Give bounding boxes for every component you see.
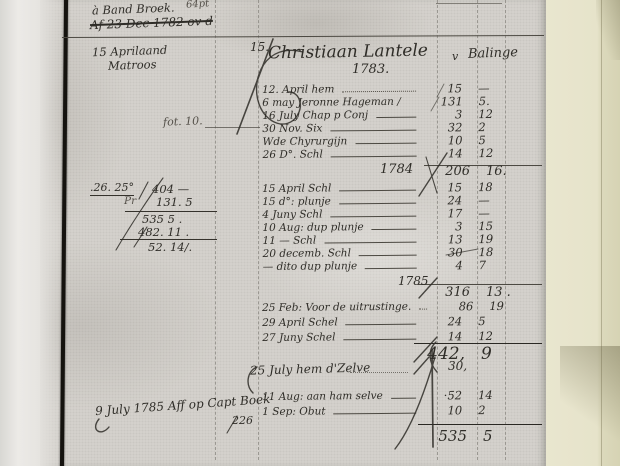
- fol-note-dash: [205, 127, 260, 128]
- stuivers-value: 19: [489, 300, 513, 312]
- leader-line: [355, 143, 416, 145]
- leader-line: [342, 91, 416, 93]
- stuivers-value: 5.: [479, 95, 503, 107]
- entry-label: 16 July Chap p Conj: [262, 109, 368, 122]
- entry-label: 26 D°. Schl: [263, 148, 323, 161]
- section-late-1785: 11 Aug: aan ham selve ·52 14 1 Sep: Obut…: [262, 386, 540, 418]
- final-total: 535 5: [422, 427, 493, 445]
- stuivers-value: 7: [479, 259, 503, 271]
- guilders-value: 30: [423, 246, 469, 258]
- mid-total-sub-amount: 30,: [448, 359, 467, 373]
- stuivers-value: 19: [478, 233, 502, 245]
- stuivers-value: 2: [478, 121, 502, 133]
- stuivers-value: —: [478, 82, 502, 94]
- final-total-rule: [418, 424, 542, 425]
- leader-line: [346, 324, 417, 326]
- leader-line: [365, 268, 417, 269]
- calc-value-3: 535 5 .: [142, 212, 182, 226]
- stuivers-value: 9: [481, 344, 492, 364]
- guilders-value: 15: [422, 181, 468, 193]
- entry-label: 10 Aug: dup plunje: [262, 221, 363, 234]
- entry-label: 4 Juny Schl: [262, 208, 322, 221]
- muster-rank: Matroos: [108, 57, 157, 73]
- calc-value-1: 404 —: [152, 182, 189, 196]
- leader-line: [324, 242, 416, 244]
- year-1785: 1785: [398, 274, 429, 288]
- leader-line: [331, 156, 417, 158]
- entry-ship-name: Balinge: [468, 45, 519, 62]
- leader-line: [343, 339, 416, 341]
- stuivers-value: 16.: [486, 164, 507, 179]
- stuivers-value: 5: [478, 134, 502, 146]
- stuivers-value: 14: [478, 389, 502, 401]
- guilders-value: 4: [423, 259, 469, 271]
- top-cell-rule: [436, 3, 502, 4]
- entry-name-sep: v: [452, 50, 458, 63]
- section-1783: 12. April hem 15 — 6 may Jeronne Hageman…: [262, 81, 541, 161]
- stuivers-value: 18: [478, 181, 502, 193]
- entry-label: 15 April Schl: [262, 182, 331, 195]
- stuivers-value: —: [478, 194, 502, 206]
- leader-line: [372, 229, 417, 230]
- column-rule-2: [258, 0, 259, 460]
- guilders-value: 15: [422, 82, 468, 94]
- stuivers-value: 12: [478, 330, 502, 342]
- guilders-value: 3: [422, 220, 468, 232]
- leader-line: [339, 203, 416, 205]
- leader-line: [419, 309, 427, 310]
- guilders-value: ·52: [422, 389, 468, 401]
- guilders-value: 14: [423, 147, 469, 159]
- entry-label: 11 Aug: aan ham selve: [262, 390, 383, 403]
- guilders-value: 32: [422, 121, 468, 133]
- guilders-value: 10: [422, 134, 468, 146]
- section-1784: 15 April Schl 15 18 15 d°: plunje 24 — 4…: [262, 180, 541, 273]
- stuivers-value: 12: [479, 147, 503, 159]
- entry-label: 29 April Schel: [262, 316, 338, 329]
- year-1783: 1783.: [352, 62, 389, 77]
- calc-head: .26. 25°: [90, 181, 134, 196]
- calc-value-4: 482. 11 .: [138, 225, 189, 239]
- july-leader-dots: [350, 372, 408, 373]
- section-1785: 25 Feb: Voor de uitrustinge. 86 19 29 Ap…: [262, 297, 540, 344]
- year-1784: 1784: [380, 162, 413, 177]
- calc-pr-label: Pr: [124, 195, 136, 207]
- table-row: 27 Juny Schel 14 12: [262, 327, 540, 344]
- guilders-value: 13: [422, 233, 468, 245]
- guilders-value: 206: [425, 164, 476, 179]
- table-row: 1 Sep: Obut 10 2: [262, 401, 540, 418]
- guilders-value: 10: [422, 404, 468, 416]
- entry-label: 1 Sep: Obut: [262, 405, 325, 418]
- page-left-edge: [0, 0, 40, 466]
- leader-line: [391, 398, 416, 399]
- guilders-value: 535: [422, 427, 473, 445]
- carry-total-1784: 206 16.: [425, 164, 507, 179]
- entry-name: Christiaan Lantele: [268, 41, 428, 64]
- entry-label: 30 Nov. Six: [262, 122, 322, 135]
- entry-folio-number: 15.: [250, 40, 269, 54]
- prev-entry-note: 64pt: [186, 0, 210, 11]
- fol-note: fot. 10.: [163, 114, 203, 128]
- leader-line: [331, 216, 417, 218]
- stuivers-value: 5: [478, 315, 502, 327]
- guilders-value: 3: [422, 108, 468, 120]
- guilders-value: 86: [433, 300, 479, 312]
- guilders-value: 17: [422, 207, 468, 219]
- backing-sheet: [544, 0, 620, 466]
- stuivers-value: 5: [483, 427, 493, 445]
- sheet-corner-shadow: [560, 346, 620, 466]
- entry-label: 27 Juny Schel: [262, 331, 335, 344]
- entry-label: 11 — Schl: [262, 235, 316, 247]
- guilders-value: 131: [423, 95, 469, 107]
- stuivers-value: 15: [478, 220, 502, 232]
- leader-line: [359, 255, 417, 257]
- leader-line: [376, 117, 416, 118]
- sheet-top-shadow: [596, 0, 620, 60]
- calc-value-5: 52. 14/.: [148, 240, 192, 254]
- guilders-value: 24: [422, 194, 468, 206]
- table-row: 26 D°. Schl 14 12: [263, 146, 541, 161]
- entry-label: 15 d°: plunje: [262, 195, 331, 208]
- leader-line: [334, 413, 417, 415]
- ledger-photo: à Band Broek. 64pt Af 23 Dec 1782 ov d 1…: [0, 0, 620, 466]
- stuivers-value: 18: [479, 246, 503, 258]
- calc-value-2: 131. 5: [156, 195, 193, 209]
- stuivers-value: 12: [478, 108, 502, 120]
- discharge-folio: 226: [232, 414, 253, 427]
- entry-label: 12. April hem: [262, 83, 334, 96]
- stuivers-value: 2: [478, 404, 502, 416]
- guilders-value: 14: [422, 330, 468, 342]
- table-row: — dito dup plunje 4 7: [263, 258, 541, 273]
- entry-label: 20 decemb. Schl: [263, 247, 351, 260]
- entry-label: Wde Chyrurgijn: [262, 135, 347, 148]
- guilders-value: 24: [422, 315, 468, 327]
- leader-line: [339, 190, 416, 192]
- column-rule-1: [215, 0, 216, 460]
- leader-line: [330, 130, 416, 132]
- entry-label: — dito dup plunje: [263, 260, 358, 273]
- stuivers-value: —: [478, 207, 502, 219]
